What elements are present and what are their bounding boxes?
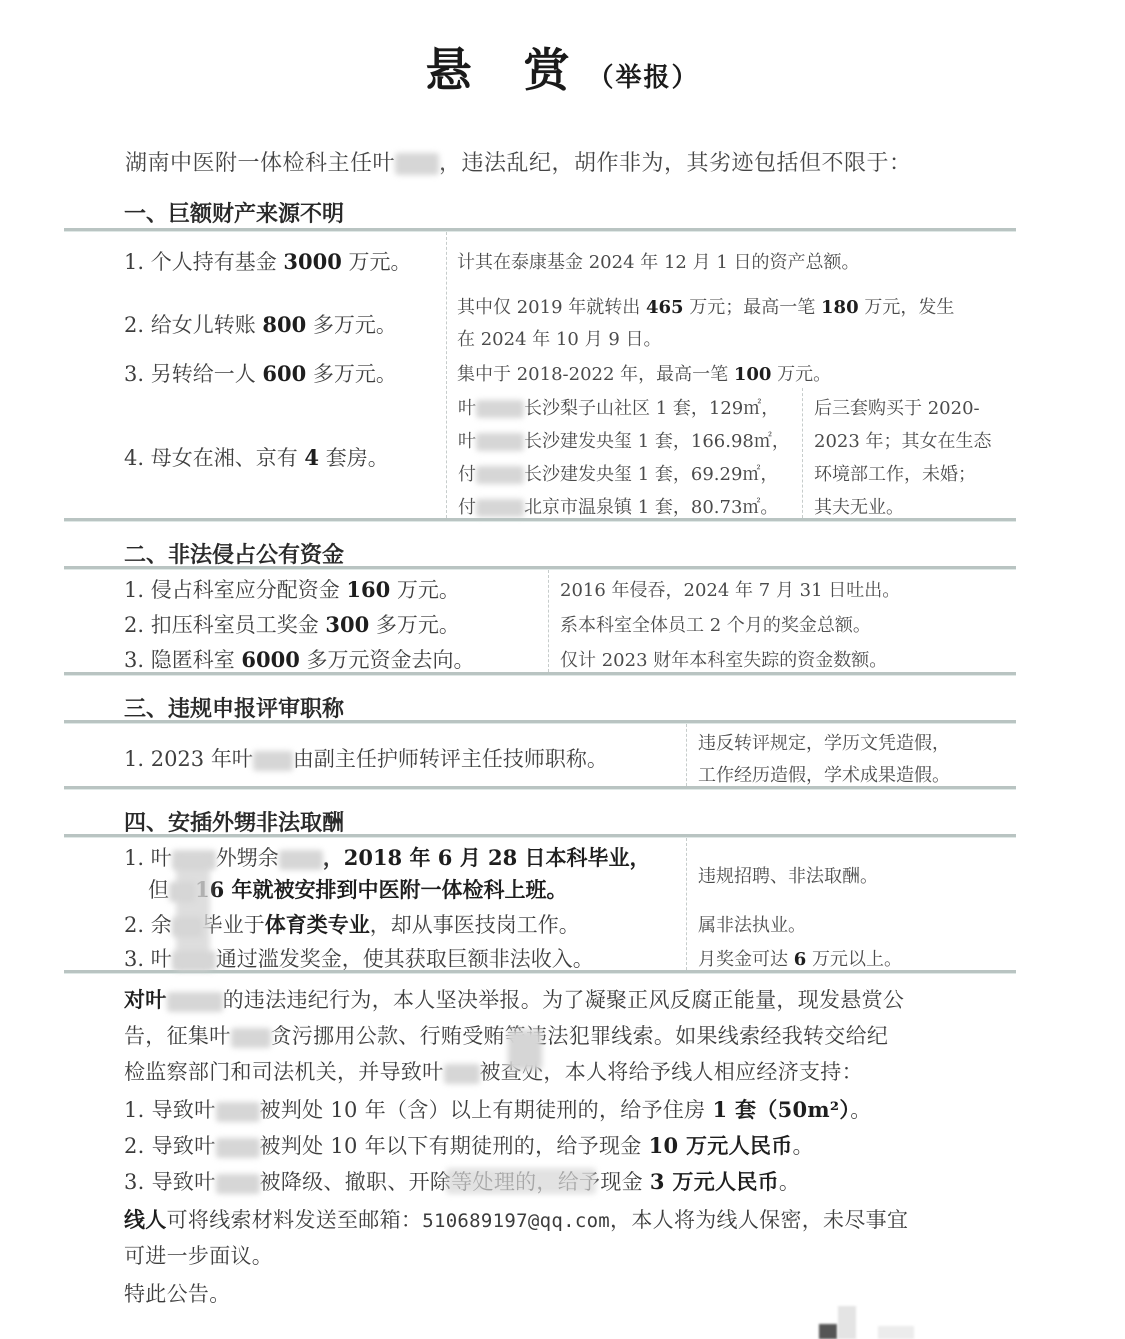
document-title: 悬 赏（举报） [0,34,1125,100]
s2-row3-left: 3. 隐匿科室 6000 多万元资金去向。 [124,644,475,674]
redaction-blur [446,1168,596,1194]
s1-row1-left: 1. 个人持有基金 3000 万元。 [124,246,412,276]
intro-after: ，违法乱纪，胡作非为，其劣迹包括但不限于： [439,151,912,176]
redaction-blur [508,1030,542,1070]
contact-email: 510689197@qq.com [422,1210,610,1232]
section-2-bottom-rule [64,672,1016,676]
section-4-heading: 四、安插外甥非法取酬 [124,806,344,837]
section-1-column-divider [446,232,447,518]
s3-row1-left: 1. 2023 年叶由副主任护师转评主任技师职称。 [124,743,608,773]
redaction-blur [176,860,210,970]
property-item: 叶长沙梨子山社区 1 套，129㎡， [458,394,779,420]
contact-line-1: 线人可将线索材料发送至邮箱：510689197@qq.com，本人将为线人保密，… [124,1204,908,1234]
contact-line-2: 可进一步面议。 [124,1240,273,1270]
s1-row4-left: 4. 母女在湘、京有 4 套房。 [124,442,389,472]
closing-line-3: 检监察部门和司法机关，并导致叶被查处，本人将给予线人相应经济支持： [124,1056,863,1086]
closing-line-2: 告，征集叶贪污挪用公款、行贿受贿等违法犯罪线索。如果线索经我转交给纪 [124,1020,888,1050]
section-4-top-rule [64,834,1016,838]
intro-before: 湖南中医附一体检科主任叶 [125,151,395,176]
section-3-heading: 三、违规申报评审职称 [124,692,344,723]
property-note-line: 环境部工作，未婚； [814,460,976,486]
s2-row3-right: 仅计 2023 财年本科室失踪的资金数额。 [560,646,887,672]
s1-row1-right: 计其在泰康基金 2024 年 12 月 1 日的资产总额。 [457,248,860,274]
section-1-heading: 一、巨额财产来源不明 [124,197,344,228]
s2-row1-right: 2016 年侵吞，2024 年 7 月 31 日吐出。 [560,576,900,602]
reward-notice-document: 悬 赏（举报） 湖南中医附一体检科主任叶，违法乱纪，胡作非为，其劣迹包括但不限于… [0,0,1125,1339]
s3-row1-right-line1: 违反转评规定，学历文凭造假， [698,729,950,755]
s4-row3-right: 月奖金可达 6 万元以上。 [698,945,902,971]
property-item: 付北京市温泉镇 1 套，80.73㎡。 [458,493,778,519]
s1-row2-right-line1: 其中仅 2019 年就转出 465 万元；最高一笔 180 万元，发生 [457,293,954,319]
title-main: 悬 赏 [425,43,587,97]
s4-row1-left-line2: 但16 年就被安排到中医附一体检科上班。 [148,874,568,904]
title-sub: （举报） [588,63,700,93]
property-note-line: 2023 年；其女在生态 [814,427,992,453]
section-3-bottom-rule [64,786,1016,790]
s3-row1-right-line2: 工作经历造假，学术成果造假。 [698,761,950,787]
s1-row3-left: 3. 另转给一人 600 多万元。 [124,358,397,388]
s4-row2-right: 属非法执业。 [698,911,806,937]
property-note-line: 其夫无业。 [814,493,904,519]
s1-row3-right: 集中于 2018-2022 年，最高一笔 100 万元。 [457,360,831,386]
reward-item: 1. 导致叶被判处 10 年（含）以上有期徒刑的，给予住房 1 套（50m²）。 [124,1094,872,1124]
s1-row2-left: 2. 给女儿转账 800 多万元。 [124,309,397,339]
property-item: 付长沙建发央玺 1 套，69.29㎡， [458,460,778,486]
intro-line: 湖南中医附一体检科主任叶，违法乱纪，胡作非为，其劣迹包括但不限于： [125,146,912,177]
section-2-column-divider [548,570,549,672]
section-4-bottom-rule [64,970,1016,974]
section-3-top-rule [64,720,1016,724]
closing-line-1: 对叶的违法违纪行为，本人坚决举报。为了凝聚正风反腐正能量，现发悬赏公 [124,984,904,1014]
section-1-note-divider [802,388,803,518]
redacted-name [395,153,439,175]
section-1-top-rule [64,228,1016,232]
property-item: 叶长沙建发央玺 1 套，166.98㎡， [458,427,790,453]
s1-row2-right-line2: 在 2024 年 10 月 9 日。 [457,325,662,351]
reward-item: 2. 导致叶被判处 10 年以下有期徒刑的，给予现金 10 万元人民币。 [124,1130,814,1160]
section-1-bottom-rule [64,518,1016,522]
section-2-heading: 二、非法侵占公有资金 [124,538,344,569]
s2-row2-left: 2. 扣压科室员工奖金 300 多万元。 [124,609,460,639]
section-2-top-rule [64,566,1016,570]
s2-row2-right: 系本科室全体员工 2 个月的奖金总额。 [560,611,871,637]
section-4-column-divider [686,838,687,970]
s4-row1-right: 违规招聘、非法取酬。 [698,862,878,888]
property-note-line: 后三套购买于 2020- [814,394,980,420]
s2-row1-left: 1. 侵占科室应分配资金 160 万元。 [124,574,460,604]
section-3-column-divider [686,724,687,786]
closing-end: 特此公告。 [124,1278,231,1308]
